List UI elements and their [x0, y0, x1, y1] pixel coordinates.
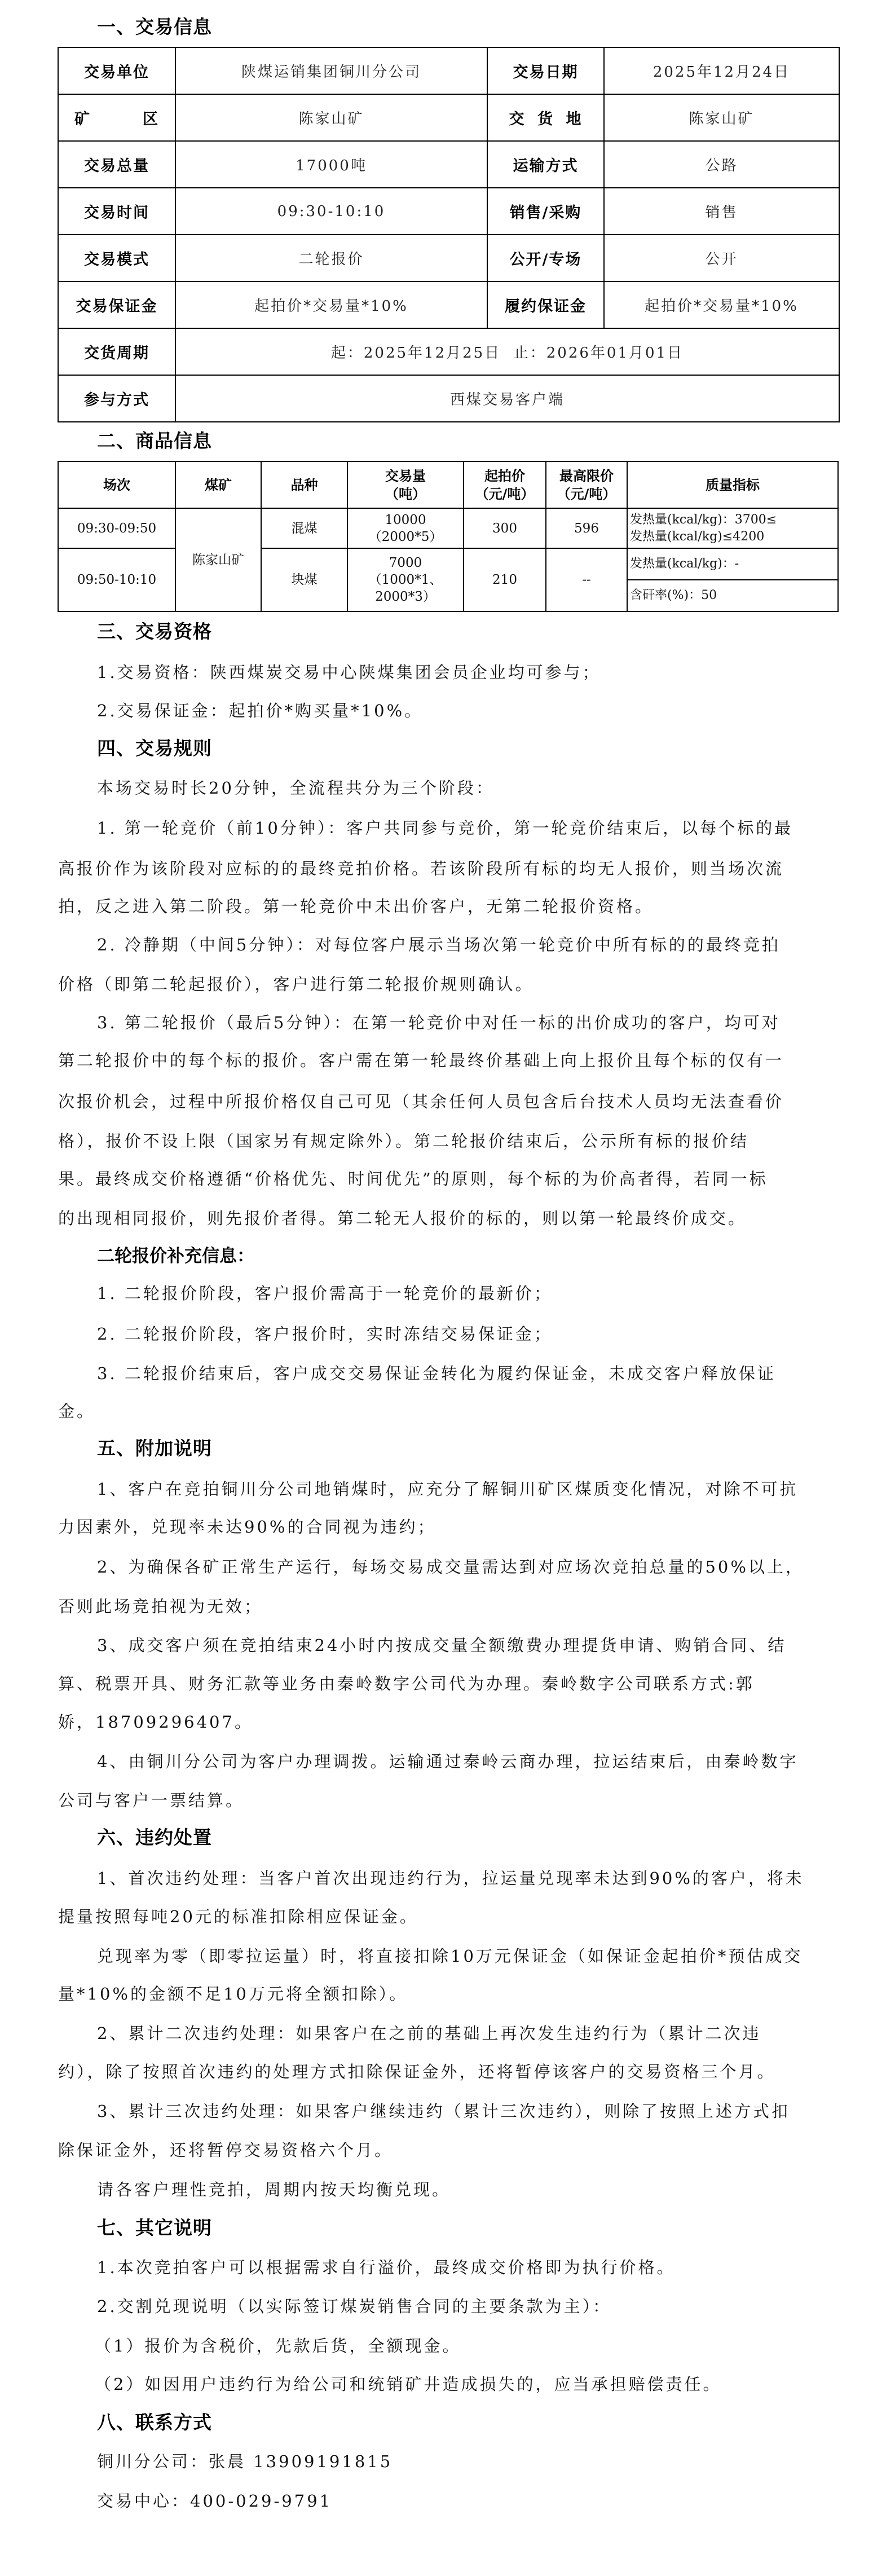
value-trade-deposit: 起拍价*交易量*10%: [175, 281, 487, 328]
table-row: 交易总量 17000吨 运输方式 公路: [58, 141, 839, 188]
value-trade-mode: 二轮报价: [175, 235, 487, 281]
other-item-1: 1.本次竞拍客户可以根据需求自行溢价，最终成交价格即为执行价格。: [97, 2256, 676, 2279]
value-performance-deposit: 起拍价*交易量*10%: [604, 281, 839, 328]
table-row: 交易保证金 起拍价*交易量*10% 履约保证金 起拍价*交易量*10%: [58, 281, 839, 328]
section-heading-breach: 六、违约处置: [97, 1826, 212, 1849]
table-row: 交易模式 二轮报价 公开/专场 公开: [58, 235, 839, 281]
quantity-2: 7000（1000*1、2000*3）: [347, 548, 464, 611]
value-trade-time: 09:30-10:10: [175, 188, 487, 235]
additional-item-4-cont: 公司与客户一票结算。: [58, 1789, 244, 1812]
label-participation-method: 参与方式: [58, 375, 175, 422]
section-heading-goods-info: 二、商品信息: [97, 430, 212, 452]
section-heading-qualification: 三、交易资格: [97, 620, 212, 643]
mine-name: 陈家山矿: [175, 508, 261, 611]
header-mine: 煤矿: [175, 461, 261, 508]
label-trade-unit: 交易单位: [58, 47, 175, 94]
section-heading-other: 七、其它说明: [97, 2217, 212, 2239]
table-row: 交货周期 起：2025年12月25日 止：2026年01月01日: [58, 328, 839, 375]
breach-item-2-cont: 约），除了按照首次违约的处理方式扣除保证金外，还将暂停该客户的交易资格三个月。: [58, 2060, 776, 2083]
section-heading-additional: 五、附加说明: [97, 1437, 212, 1460]
additional-item-2-cont: 否则此场竞拍视为无效；: [58, 1595, 263, 1618]
qualification-item-2: 2.交易保证金：起拍价*购买量*10%。: [97, 699, 423, 722]
supplement-item-1: 1. 二轮报价阶段，客户报价需高于一轮竞价的最新价；: [97, 1282, 553, 1305]
supplement-heading: 二轮报价补充信息：: [97, 1245, 254, 1267]
value-trade-date: 2025年12月24日: [604, 47, 839, 94]
label-public-private: 公开/专场: [487, 235, 604, 281]
label-mine-area: 矿区: [58, 94, 175, 141]
start-price-1: 300: [464, 508, 546, 548]
breach-item-1-zero: 兑现率为零（即零拉运量）时，将直接扣除10万元保证金（如保证金起拍价*预估成交: [97, 1945, 803, 1967]
breach-item-1-zero-cont: 量*10%的金额不足10万元将全额扣除）。: [58, 1983, 408, 2005]
value-delivery-period: 起：2025年12月25日 止：2026年01月01日: [175, 328, 839, 375]
table-row: 09:50-10:10 块煤 7000（1000*1、2000*3） 210 -…: [58, 548, 838, 580]
session-2: 09:50-10:10: [58, 548, 175, 611]
breach-note: 请各客户理性竞拍，周期内按天均衡兑现。: [97, 2178, 451, 2201]
supplement-item-2: 2. 二轮报价阶段，客户报价时，实时冻结交易保证金；: [97, 1323, 553, 1345]
rules-stage-3-cont: 次报价机会，过程中所报价格仅自己可见（其余任何人员包含后台技术人员均无法查看价: [58, 1090, 784, 1113]
qualification-item-1: 1.交易资格：陕西煤炭交易中心陕煤集团会员企业均可参与；: [97, 661, 601, 684]
breach-item-1-cont: 提量按照每吨20元的标准扣除相应保证金。: [58, 1905, 418, 1928]
label-delivery-period: 交货周期: [58, 328, 175, 375]
start-price-2: 210: [464, 548, 546, 611]
additional-item-1-cont: 力因素外，兑现率未达90%的合同视为违约；: [58, 1516, 436, 1538]
quality-1: 发热量(kcal/kg)：3700≤发热量(kcal/kg)≤4200: [627, 508, 838, 548]
quality-2a: 发热量(kcal/kg)：-: [627, 548, 838, 580]
rules-stage-2-cont: 价格（即第二轮起报价），客户进行第二轮报价规则确认。: [58, 973, 534, 996]
additional-item-3: 3、成交客户须在竞拍结束24小时内按成交量全额缴费办理提货申请、购销合同、结: [97, 1634, 786, 1657]
breach-item-3: 3、累计三次违约处理：如果客户继续违约（累计三次违约），则除了按照上述方式扣: [97, 2100, 790, 2123]
variety-1: 混煤: [261, 508, 347, 548]
rules-stage-3-cont: 第二轮报价中的每个标的报价。客户需在第一轮最终价基础上向上报价且每个标的仅有一: [58, 1049, 784, 1072]
label-performance-deposit: 履约保证金: [487, 281, 604, 328]
value-trade-unit: 陕煤运销集团铜川分公司: [175, 47, 487, 94]
rules-stage-3-cont: 果。最终成交价格遵循“价格优先、时间优先”的原则，每个标的为价高者得，若同一标: [58, 1168, 768, 1190]
quality-2b: 含矸率(%)：50: [627, 580, 838, 611]
value-mine-area: 陈家山矿: [175, 94, 487, 141]
rules-stage-3-cont: 格），报价不设上限（国家另有规定除外）。第二轮报价结束后，公示所有标的报价结: [58, 1130, 749, 1152]
contact-branch: 铜川分公司：张晨 13909191815: [97, 2450, 393, 2473]
additional-item-3-cont: 算、税票开具、财务汇款等业务由秦岭数字公司代为办理。秦岭数字公司联系方式:郭: [58, 1672, 755, 1695]
rules-stage-3: 3. 第二轮报价（最后5分钟）：在第一轮竞价中对任一标的出价成功的客户，均可对: [97, 1011, 781, 1034]
label-trade-deposit: 交易保证金: [58, 281, 175, 328]
label-trade-time: 交易时间: [58, 188, 175, 235]
table-row: 交易时间 09:30-10:10 销售/采购 销售: [58, 188, 839, 235]
table-row: 交易单位 陕煤运销集团铜川分公司 交易日期 2025年12月24日: [58, 47, 839, 94]
additional-item-2: 2、为确保各矿正常生产运行，每场交易成交量需达到对应场次竞拍总量的50%以上，: [97, 1556, 804, 1578]
other-item-2-2: （2）如因用户违约行为给公司和统销矿井造成损失的，应当承担赔偿责任。: [95, 2373, 721, 2396]
max-price-1: 596: [546, 508, 627, 548]
breach-item-3-cont: 除保证金外，还将暂停交易资格六个月。: [58, 2139, 393, 2161]
additional-item-3-cont: 娇，18709296407。: [58, 1711, 253, 1733]
rules-stage-1-cont: 拍，反之进入第二阶段。第一轮竞价中未出价客户，无第二轮报价资格。: [58, 895, 654, 918]
label-total-volume: 交易总量: [58, 141, 175, 188]
section-heading-trade-info: 一、交易信息: [97, 16, 212, 38]
rules-stage-1-cont: 高报价作为该阶段对应标的的最终竞拍价格。若该阶段所有标的均无人报价，则当场次流: [58, 857, 784, 880]
label-trade-mode: 交易模式: [58, 235, 175, 281]
table-row: 矿区 陈家山矿 交货地 陈家山矿: [58, 94, 839, 141]
section-heading-contact: 八、联系方式: [97, 2411, 212, 2434]
breach-item-2: 2、累计二次违约处理：如果客户在之前的基础上再次发生违约行为（累计二次违: [97, 2022, 761, 2045]
value-participation-method: 西煤交易客户端: [175, 375, 839, 422]
rules-intro: 本场交易时长20分钟，全流程共分为三个阶段：: [97, 777, 495, 799]
value-public-private: 公开: [604, 235, 839, 281]
goods-info-table: 场次 煤矿 品种 交易量（吨） 起拍价（元/吨） 最高限价（元/吨） 质量指标 …: [58, 461, 839, 612]
rules-stage-1: 1. 第一轮竞价（前10分钟）：客户共同参与竞价，第一轮竞价结束后，以每个标的最: [97, 817, 793, 839]
label-delivery-place: 交货地: [487, 94, 604, 141]
header-quality: 质量指标: [627, 461, 838, 508]
other-item-2-1: （1）报价为含税价，先款后货，全额现金。: [95, 2335, 461, 2357]
value-sale-purchase: 销售: [604, 188, 839, 235]
additional-item-4: 4、由铜川分公司为客户办理调拨。运输通过秦岭云商办理，拉运结束后，由秦岭数字: [97, 1750, 798, 1773]
session-1: 09:30-09:50: [58, 508, 175, 548]
header-variety: 品种: [261, 461, 347, 508]
label-transport: 运输方式: [487, 141, 604, 188]
label-trade-date: 交易日期: [487, 47, 604, 94]
table-row: 参与方式 西煤交易客户端: [58, 375, 839, 422]
rules-stage-2: 2. 冷静期（中间5分钟）：对每位客户展示当场次第一轮竞价中所有标的的最终竞拍: [97, 933, 781, 956]
additional-item-1: 1、客户在竞拍铜川分公司地销煤时，应充分了解铜川矿区煤质变化情况，对除不可抗: [97, 1478, 798, 1500]
value-delivery-place: 陈家山矿: [604, 94, 839, 141]
header-max-price: 最高限价（元/吨）: [546, 461, 627, 508]
label-sale-purchase: 销售/采购: [487, 188, 604, 235]
supplement-item-3: 3. 二轮报价结束后，客户成交交易保证金转化为履约保证金，未成交客户释放保证: [97, 1362, 776, 1385]
variety-2: 块煤: [261, 548, 347, 611]
table-header-row: 场次 煤矿 品种 交易量（吨） 起拍价（元/吨） 最高限价（元/吨） 质量指标: [58, 461, 838, 508]
rules-stage-3-cont: 的出现相同报价，则先报价者得。第二轮无人报价的标的，则以第一轮最终价成交。: [58, 1207, 747, 1230]
value-transport: 公路: [604, 141, 839, 188]
max-price-2: --: [546, 548, 627, 611]
other-item-2: 2.交割兑现说明（以实际签订煤炭销售合同的主要条款为主）：: [97, 2295, 611, 2318]
contact-trading-center: 交易中心：400-029-9791: [97, 2490, 332, 2512]
section-heading-rules: 四、交易规则: [97, 737, 212, 760]
supplement-item-3-cont: 金。: [58, 1400, 95, 1423]
quantity-1: 10000（2000*5）: [347, 508, 464, 548]
breach-item-1: 1、首次违约处理：当客户首次出现违约行为，拉运量兑现率未达到90%的客户，将未: [97, 1867, 804, 1890]
table-row: 09:30-09:50 陈家山矿 混煤 10000（2000*5） 300 59…: [58, 508, 838, 548]
header-quantity: 交易量（吨）: [347, 461, 464, 508]
header-start-price: 起拍价（元/吨）: [464, 461, 546, 508]
header-session: 场次: [58, 461, 175, 508]
trade-info-table: 交易单位 陕煤运销集团铜川分公司 交易日期 2025年12月24日 矿区 陈家山…: [58, 47, 840, 422]
value-total-volume: 17000吨: [175, 141, 487, 188]
